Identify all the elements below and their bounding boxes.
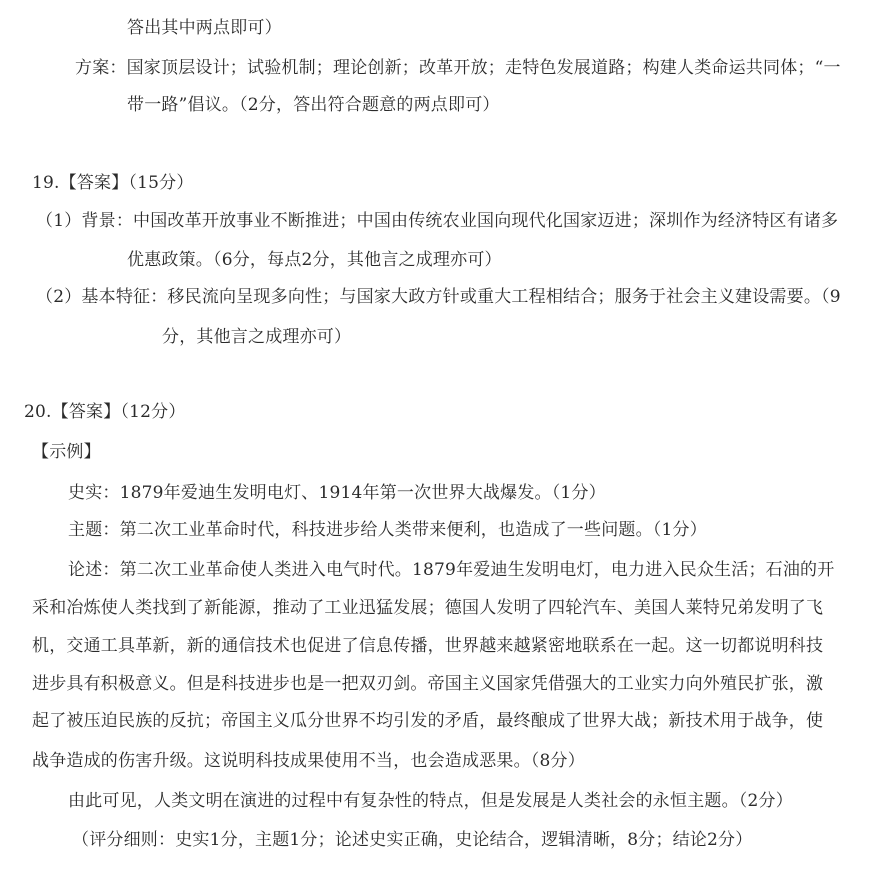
q18-answer-note: 答出其中两点即可）	[127, 17, 282, 39]
q19-part2-line-1: （2）基本特征：移民流向呈现多向性；与国家大政方针或重大工程相结合；服务于社会主…	[36, 286, 841, 308]
q20-example-label: 【示例】	[32, 441, 101, 463]
q19-part2-line-2: 分，其他言之成理亦可）	[162, 326, 351, 348]
q19-part1-line-2: 优惠政策。（6分，每点2分，其他言之成理亦可）	[127, 249, 502, 271]
q20-argument-line-3: 机，交通工具革新，新的通信技术也促进了信息传播，世界越来越紧密地联系在一起。这一…	[32, 635, 823, 657]
q20-argument-line-6: 战争造成的伤害升级。这说明科技成果使用不当，也会造成恶果。（8分）	[32, 750, 585, 772]
q20-header: 20.【答案】（12分）	[24, 401, 186, 423]
q20-conclusion: 由此可见，人类文明在演进的过程中有复杂性的特点，但是发展是人类社会的永恒主题。（…	[68, 790, 793, 812]
q20-theme: 主题：第二次工业革命时代，科技进步给人类带来便利，也造成了一些问题。（1分）	[68, 519, 707, 541]
q20-argument-line-1: 论述：第二次工业革命使人类进入电气时代。1879年爱迪生发明电灯，电力进入民众生…	[68, 559, 834, 581]
q20-argument-line-2: 采和冶炼使人类找到了新能源，推动了工业迅猛发展；德国人发明了四轮汽车、美国人莱特…	[32, 597, 823, 619]
q18-plan-line-1: 方案：国家顶层设计；试验机制；理论创新；改革开放；走特色发展道路；构建人类命运共…	[75, 57, 841, 79]
q20-argument-line-5: 起了被压迫民族的反抗；帝国主义瓜分世界不均引发的矛盾，最终酿成了世界大战；新技术…	[32, 710, 823, 732]
q20-scoring-rules: （评分细则：史实1分，主题1分；论述史实正确，史论结合，逻辑清晰，8分；结论2分…	[72, 829, 752, 851]
q18-plan-line-2: 带一路”倡议。（2分，答出符合题意的两点即可）	[127, 94, 500, 116]
q19-header: 19.【答案】（15分）	[32, 172, 194, 194]
q20-fact: 史实：1879年爱迪生发明电灯、1914年第一次世界大战爆发。（1分）	[68, 482, 606, 504]
q19-part1-line-1: （1）背景：中国改革开放事业不断推进；中国由传统农业国向现代化国家迈进；深圳作为…	[36, 210, 838, 232]
q20-argument-line-4: 进步具有积极意义。但是科技进步也是一把双刃剑。帝国主义国家凭借强大的工业实力向外…	[32, 673, 823, 695]
